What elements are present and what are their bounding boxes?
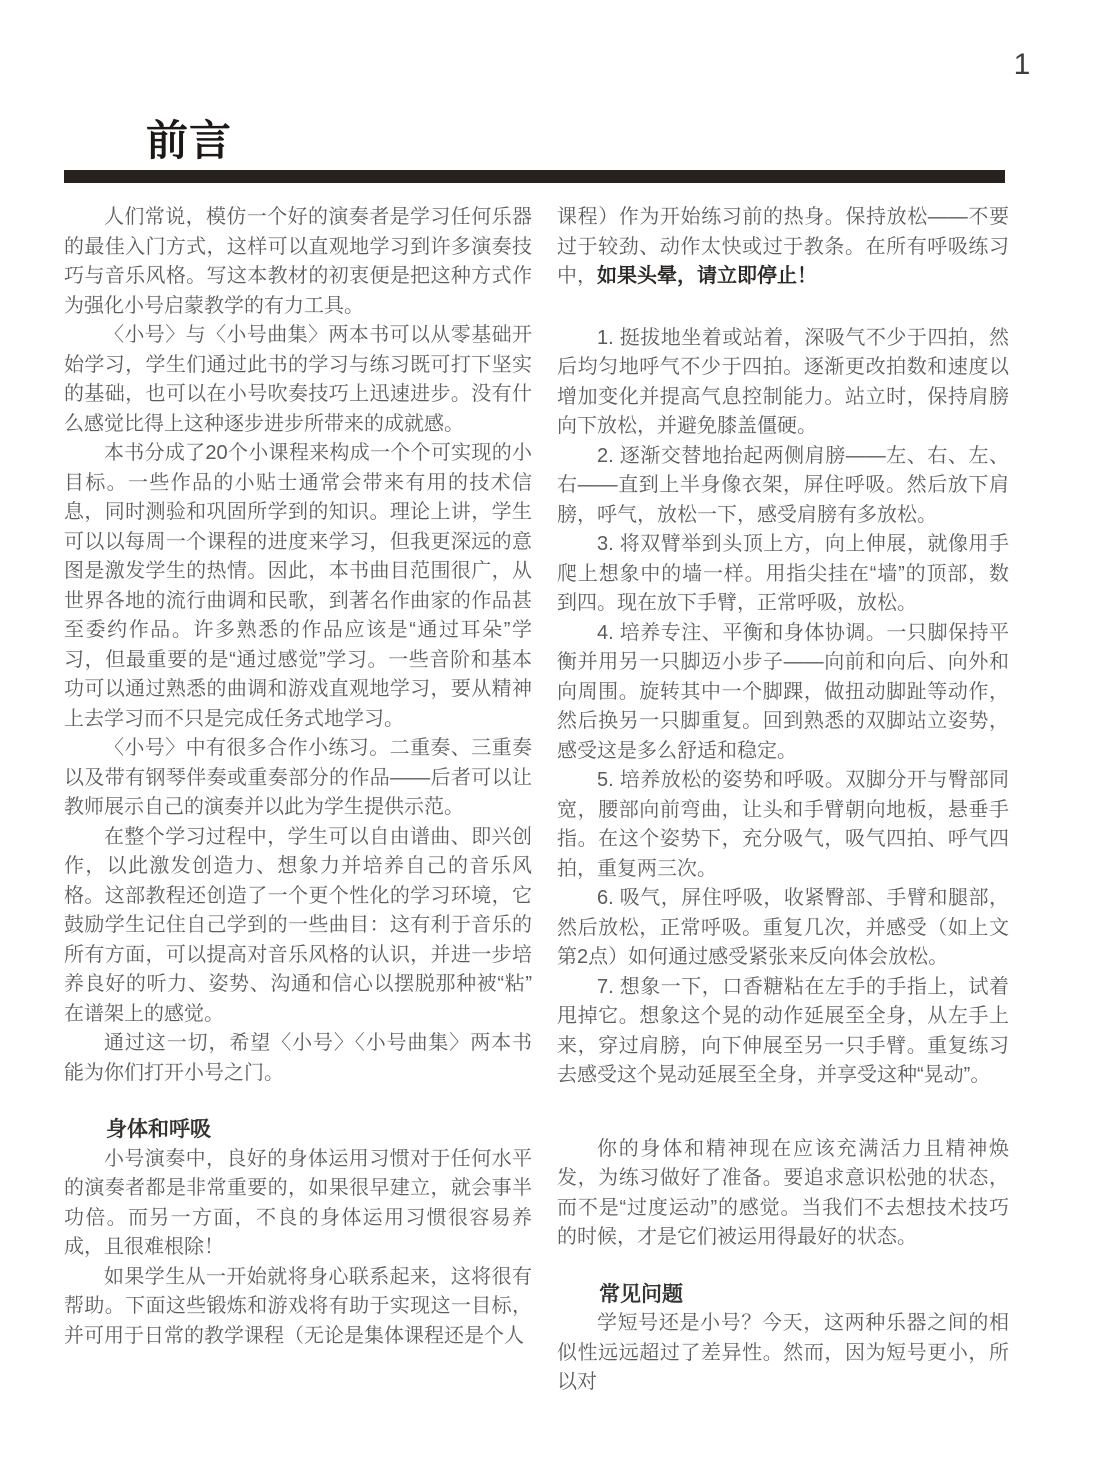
- exercise-item-5: 5. 培养放松的姿势和呼吸。双脚分开与臀部同宽，腰部向前弯曲，让头和手臂朝向地板…: [557, 766, 1009, 884]
- paragraph: 〈小号〉与〈小号曲集〉两本书可以从零基础开始学习，学生们通过此书的学习与练习既可…: [64, 321, 532, 439]
- title-rule: [64, 170, 1005, 183]
- left-column: 人们常说，模仿一个好的演奏者是学习任何乐器的最佳入门方式，这样可以直观地学习到许…: [64, 203, 532, 1351]
- paragraph: 如果学生从一开始就将身心联系起来，这将很有帮助。下面这些锻炼和游戏将有助于实现这…: [64, 1263, 532, 1352]
- paragraph: 小号演奏中，良好的身体运用习惯对于任何水平的演奏者都是非常重要的，如果很早建立，…: [64, 1145, 532, 1263]
- exercise-item-6: 6. 吸气，屏住呼吸，收紧臀部、手臂和腿部，然后放松，正常呼吸。重复几次，并感受…: [557, 884, 1009, 973]
- paragraph: 本书分成了20个小课程来构成一个个可实现的小目标。一些作品的小贴士通常会带来有用…: [64, 439, 532, 734]
- page-number: 1: [1002, 48, 1042, 82]
- exercise-item-4: 4. 培养专注、平衡和身体协调。一只脚保持平衡并用另一只脚迈小步子——向前和向后…: [557, 619, 1009, 767]
- right-column: 课程）作为开始练习前的热身。保持放松——不要过于较劲、动作太快或过于教条。在所有…: [557, 203, 1009, 1398]
- paragraph: 学短号还是小号？今天，这两种乐器之间的相似性远远超过了差异性。然而，因为短号更小…: [557, 1309, 1009, 1398]
- paragraph-closing: 你的身体和精神现在应该充满活力且精神焕发，为练习做好了准备。要追求意识松弛的状态…: [557, 1135, 1009, 1253]
- paragraph: 人们常说，模仿一个好的演奏者是学习任何乐器的最佳入门方式，这样可以直观地学习到许…: [64, 203, 532, 321]
- exercise-item-2: 2. 逐渐交替地抬起两侧肩膀——左、右、左、右——直到上半身像衣架，屏住呼吸。然…: [557, 442, 1009, 531]
- exercise-item-1: 1. 挺拔地坐着或站着，深吸气不少于四拍，然后均匀地呼气不少于四拍。逐渐更改拍数…: [557, 324, 1009, 442]
- exercise-item-3: 3. 将双臂举到头顶上方，向上伸展，就像用手爬上想象中的墙一样。用指尖挂在“墙”…: [557, 530, 1009, 619]
- paragraph: 通过这一切，希望〈小号〉〈小号曲集〉两本书能为你们打开小号之门。: [64, 1029, 532, 1088]
- exercise-item-7: 7. 想象一下，口香糖粘在左手的手指上，试着甩掉它。想象这个晃的动作延展至全身，…: [557, 973, 1009, 1091]
- paragraph: 在整个学习过程中，学生可以自由谱曲、即兴创作，以此激发创造力、想象力并培养自己的…: [64, 823, 532, 1030]
- paragraph: 〈小号〉中有很多合作小练习。二重奏、三重奏以及带有钢琴伴奏或重奏部分的作品——后…: [64, 734, 532, 823]
- paragraph-continuation: 课程）作为开始练习前的热身。保持放松——不要过于较劲、动作太快或过于教条。在所有…: [557, 203, 1009, 292]
- page-title: 前言: [146, 108, 232, 168]
- section-heading-faq: 常见问题: [557, 1280, 1009, 1310]
- warning-bold-text: 如果头晕，请立即停止！: [597, 265, 817, 287]
- section-heading-body-and-breathing: 身体和呼吸: [64, 1115, 532, 1145]
